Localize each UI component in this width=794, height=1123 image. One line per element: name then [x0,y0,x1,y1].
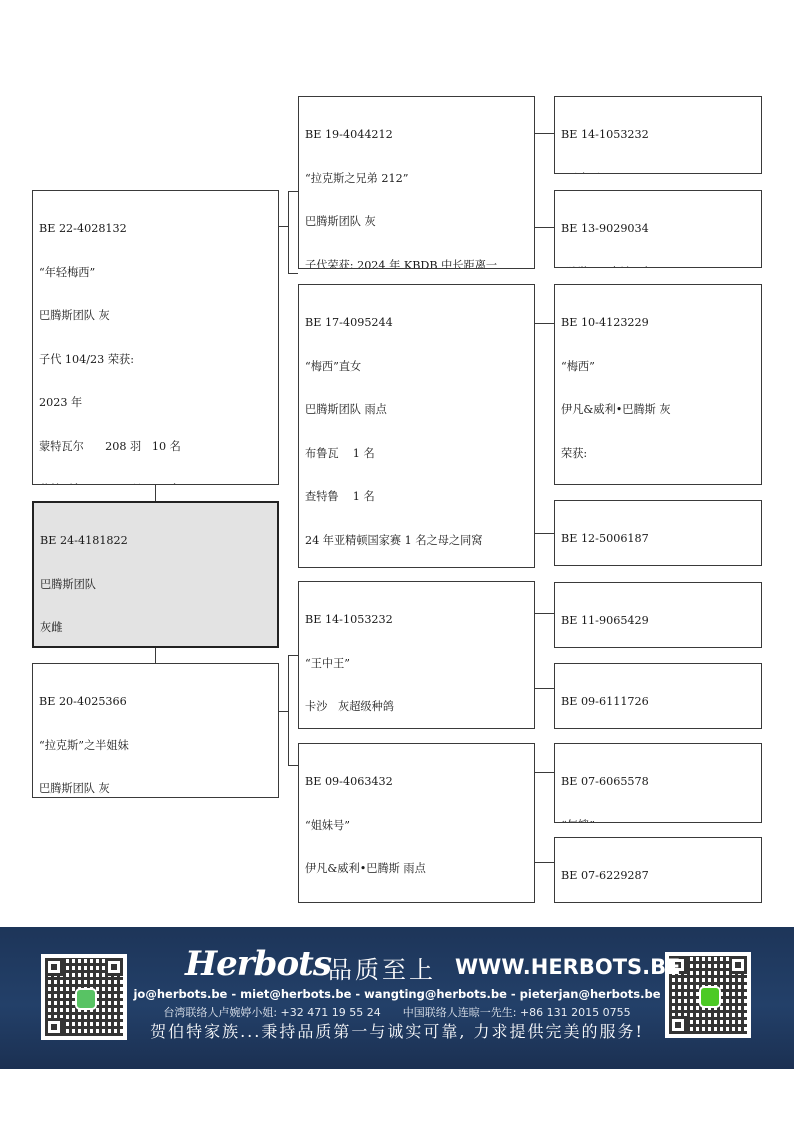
qr-finder-icon [729,956,747,974]
pigeon-name: “梅西” [561,360,755,375]
detail-line: 巴腾斯团队 灰 [39,309,272,324]
detail-line: 灰雌 [40,621,271,636]
connector [288,655,289,765]
detail-line: 巴腾斯团队 灰 [305,215,528,230]
connector [288,655,298,656]
email-list[interactable]: jo@herbots.be - miet@herbots.be - wangti… [0,987,794,1001]
ring-number: BE 07-6229287 [561,869,755,884]
ggp-card-6: BE 09-6111726 “金棕榈号” 葛斯顿 • 范德瓦尔 灰 “尼古拉斯”… [554,663,762,729]
contact-china: 中国联络人连晾一先生: +86 131 2015 0755 [403,1006,631,1019]
brand-logo: Herbots [185,944,331,984]
detail-line: 子代 104/23 荣获: [39,353,272,368]
ring-number: BE 10-4123229 [561,316,755,331]
detail-line: 卡沙 灰超级种鸽 [305,700,528,715]
dam-sire-card: BE 14-1053232 “王中王” 卡沙 灰超级种鸽 子代“拉克斯”荣获: … [298,581,535,729]
ring-number: BE 14-1053232 [305,613,528,628]
detail-line: 2023 年 [39,396,272,411]
ring-number: BE 09-6111726 [561,695,755,710]
connector [155,484,156,502]
ring-number: BE 11-9065429 [561,614,755,629]
detail-line: 子代荣获: 2024 年 KBDB 中长距离一 [305,259,528,270]
pigeon-name: “王中王” [561,172,755,175]
detail-line: 蒙特瓦尔 208 羽 10 名 [39,440,272,455]
ring-number: BE 14-1053232 [561,128,755,143]
pigeon-name: “年轻梅西” [39,266,272,281]
detail-line: 查特鲁 1 名 [305,490,528,505]
detail-line: 巴腾斯团队 雨点 [305,403,528,418]
pigeon-name: “梅西”直女 [305,360,528,375]
detail-line: 24 年亚精顿国家赛 1 名之母之同窝 [305,534,528,549]
connector [534,772,554,773]
connector [278,226,288,227]
connector [534,323,554,324]
ring-number: BE 12-5006187 [561,532,755,547]
ggp-card-5: BE 11-9065429 “尼古拉斯” 灰 卡沙 2013 年 KBDB 中长… [554,582,762,648]
contact-phones: 台湾联络人卢婉婷小姐: +32 471 19 55 24中国联络人连晾一先生: … [0,1004,794,1020]
detail-line: 荣获: [561,447,755,462]
connector [534,613,554,614]
detail-line: 蒙特瓦尔 235 羽 10 名 [39,483,272,485]
ggp-card-1: BE 14-1053232 “王中王” 卡沙 灰超级种鸽 子代“拉克斯”荣获: … [554,96,762,174]
ggp-card-4: BE 12-5006187 “所向无敌小斯塔夫” 范诺本-路耶腾, 雨点雄 亚精… [554,500,762,566]
pigeon-name: “王中王” [305,657,528,672]
ring-number: BE 09-4063432 [305,775,528,790]
pigeon-name: “气魄” [561,819,755,824]
ring-number: BE 24-4181822 [40,534,271,549]
pigeon-name: “拉克斯”之半姐妹 [39,739,272,754]
qr-finder-icon [45,958,63,976]
connector [288,273,298,274]
connector [288,191,298,192]
dam-dam-card: BE 09-4063432 “姐妹号” 伊凡&威利•巴腾斯 雨点 “波治女郎”之… [298,743,535,903]
contact-taiwan: 台湾联络人卢婉婷小姐: +32 471 19 55 24 [163,1006,380,1019]
ring-number: BE 17-4095244 [305,316,528,331]
pigeon-name: “姐妹号” [305,819,528,834]
connector [534,533,554,534]
ggp-card-7: BE 07-6065578 “气魄” 巴特逊 L&M 雨点 超级种鸽 “波治女郎… [554,743,762,823]
connector [278,711,288,712]
connector [534,227,554,228]
pigeon-name: “拉克斯之兄弟 212” [305,172,528,187]
sire-card: BE 22-4028132 “年轻梅西” 巴腾斯团队 灰 子代 104/23 荣… [32,190,279,485]
ring-number: BE 19-4044212 [305,128,528,143]
slogan: 品质至上 [328,950,436,985]
connector [288,765,298,766]
dam-card: BE 20-4025366 “拉克斯”之半姐妹 巴腾斯团队 灰 同父半平辈“拉克… [32,663,279,798]
website-link[interactable]: WWW.HERBOTS.BE [455,955,680,979]
subject-card: BE 24-4181822 巴腾斯团队 灰雌 半平辈荣获: 2024 年 KBD… [32,501,279,648]
ring-number: BE 13-9029034 [561,222,755,237]
qr-finder-icon [105,958,123,976]
connector [155,647,156,664]
sire-dam-card: BE 17-4095244 “梅西”直女 巴腾斯团队 雨点 布鲁瓦 1 名 查特… [298,284,535,568]
pigeon-name: “瞪羚” 卡沙 灰 [561,266,755,269]
connector [534,133,554,134]
connector [288,191,289,273]
detail-line: 巴腾斯团队 灰 [39,782,272,797]
detail-line: 伊凡&威利•巴腾斯 灰 [561,403,755,418]
detail-line: 布鲁瓦 1 名 [305,447,528,462]
connector [534,862,554,863]
ring-number: BE 20-4025366 [39,695,272,710]
ggp-card-2: BE 13-9029034 “瞪羚” 卡沙 灰 半平辈“阿玛利亚”荣获:2011… [554,190,762,268]
detail-line: 巴腾斯团队 [40,578,271,593]
sire-sire-card: BE 19-4044212 “拉克斯之兄弟 212” 巴腾斯团队 灰 子代荣获:… [298,96,535,269]
ring-number: BE 07-6065578 [561,775,755,790]
detail-line: 伊凡&威利•巴腾斯 雨点 [305,862,528,877]
ggp-card-8: BE 07-6229287 “雨点威利雌” 吉林克斯父子 雨点 “波治女郎”之母 [554,837,762,903]
ring-number: BE 22-4028132 [39,222,272,237]
ggp-card-3: BE 10-4123229 “梅西” 伊凡&威利•巴腾斯 灰 荣获: 蒙特吕松省… [554,284,762,485]
motto: 贺伯特家族...秉持品质第一与诚实可靠, 力求提供完美的服务! [0,1019,794,1042]
connector [534,688,554,689]
